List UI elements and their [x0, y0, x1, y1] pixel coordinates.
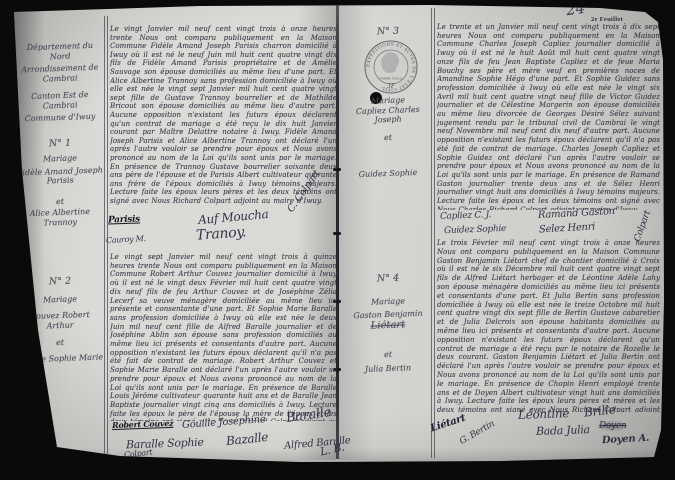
- microfilm-photo: Département du Nord Arrondissement de Ca…: [0, 0, 675, 480]
- register-spread: Département du Nord Arrondissement de Ca…: [0, 0, 675, 480]
- photo-vignette: [0, 0, 675, 480]
